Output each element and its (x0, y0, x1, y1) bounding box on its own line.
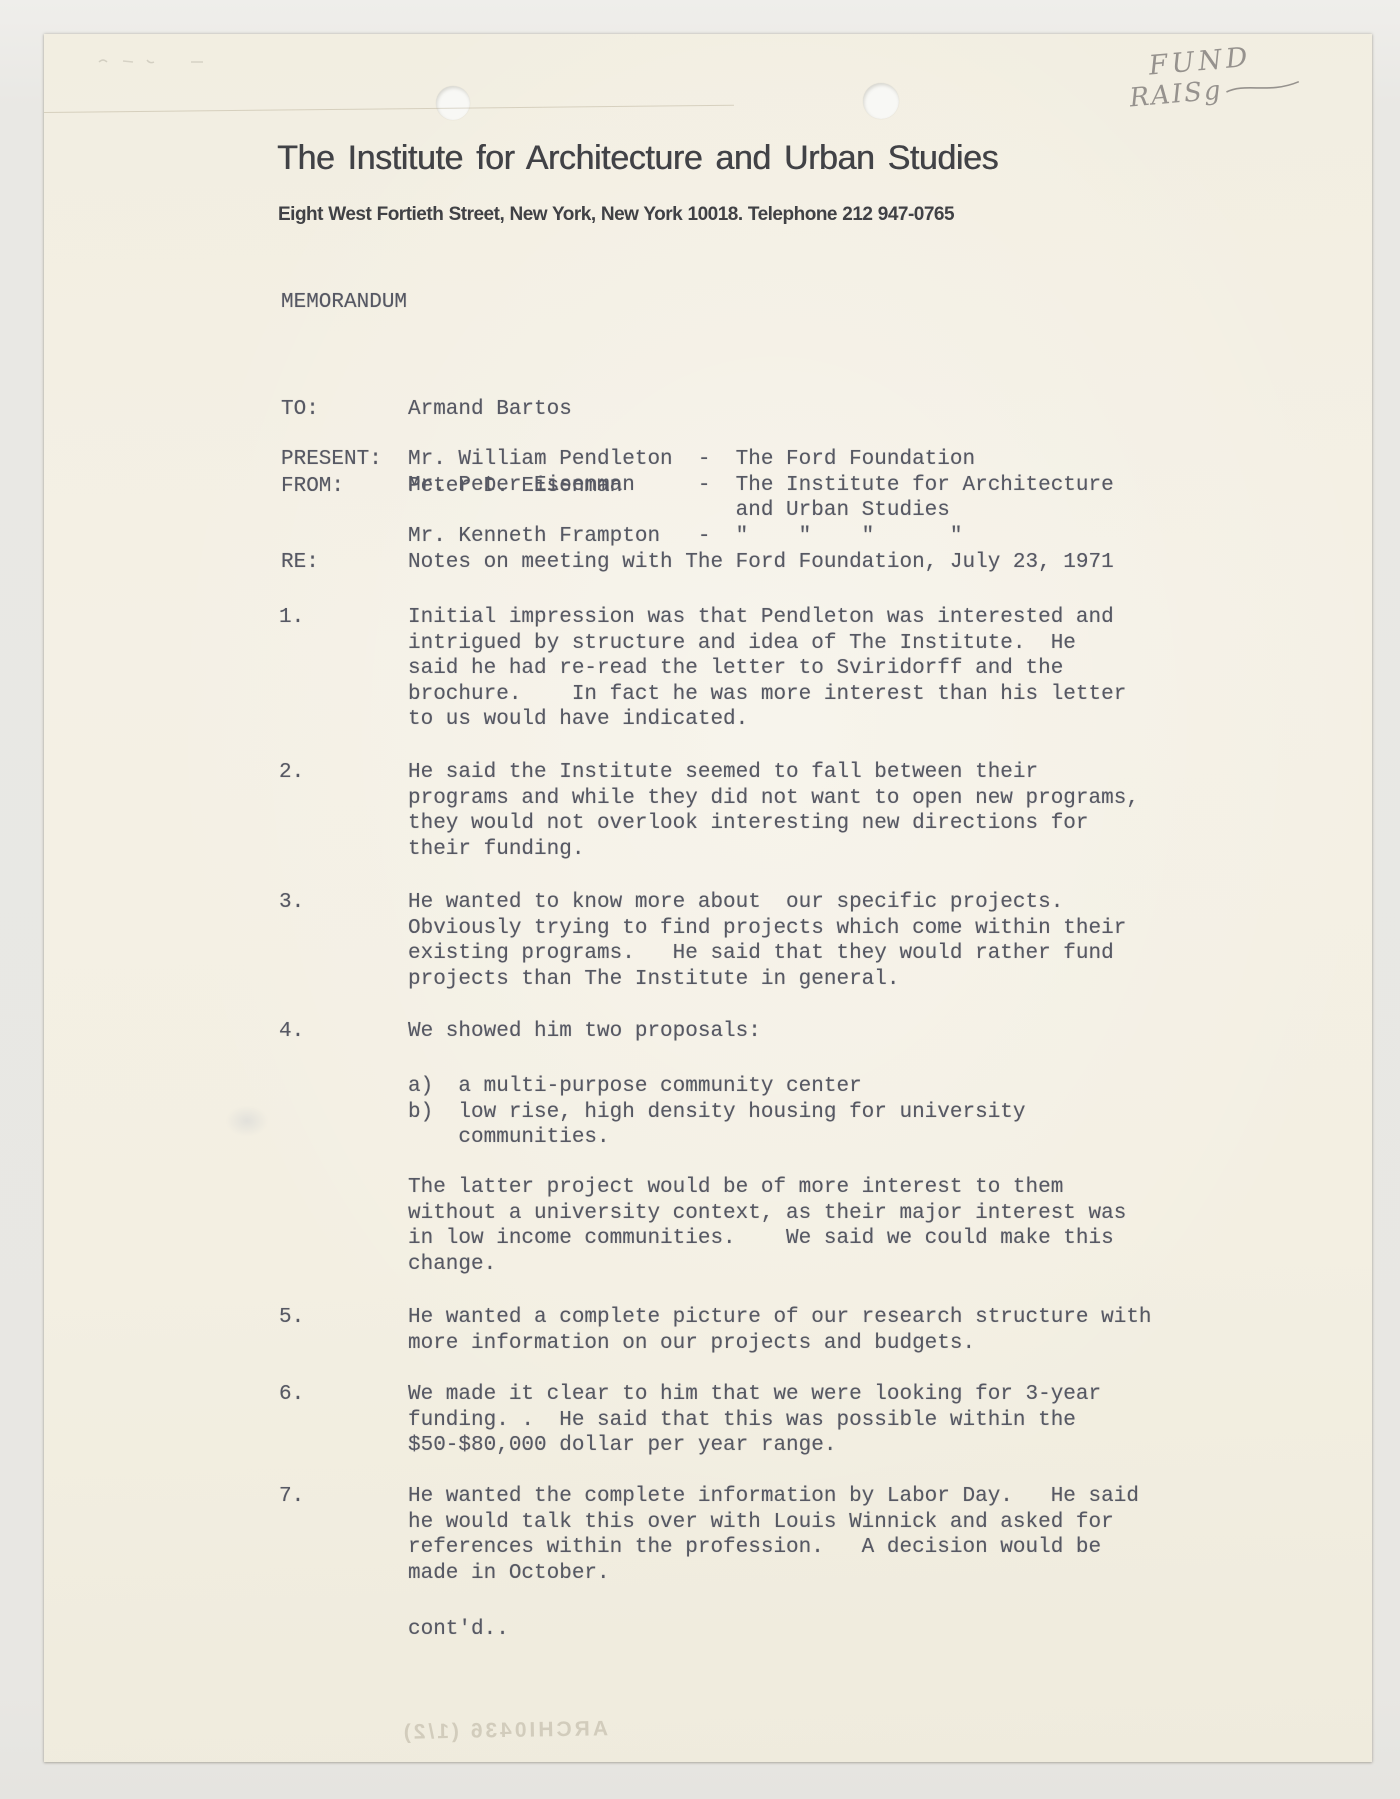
field-label-from: FROM: (281, 474, 408, 500)
field-value-re: Notes on meeting with The Ford Foundatio… (408, 551, 1114, 574)
letterhead-address: Eight West Fortieth Street, New York, Ne… (278, 204, 954, 226)
field-value-to: Armand Bartos (408, 398, 572, 421)
field-label-to: TO: (281, 397, 408, 423)
item-4-proposal-list: a) a multi-purpose community center b) l… (408, 1074, 1026, 1151)
punch-hole-right (863, 83, 899, 119)
item-1-text: Initial impression was that Pendleton wa… (408, 605, 1126, 733)
item-5-number: 5. (279, 1305, 304, 1331)
item-1-number: 1. (279, 605, 304, 631)
item-3-text: He wanted to know more about our specifi… (408, 890, 1126, 992)
present-label: PRESENT: (281, 447, 382, 473)
present-attendee-list: Mr. William Pendleton - The Ford Foundat… (408, 447, 1114, 549)
pencil-scrawl-tail (1224, 75, 1303, 98)
letterhead-title: The Institute for Architecture and Urban… (277, 139, 998, 178)
item-7-number: 7. (279, 1484, 304, 1510)
item-7-text: He wanted the complete information by La… (408, 1484, 1139, 1586)
item-6-number: 6. (279, 1382, 304, 1408)
ink-smudge (225, 1105, 269, 1137)
item-4-text: We showed him two proposals: (408, 1019, 761, 1045)
item-2-text: He said the Institute seemed to fall bet… (408, 760, 1139, 862)
item-4-number: 4. (279, 1019, 304, 1045)
punch-hole-left (436, 86, 470, 120)
scanned-memo-page: FUND RAISg The Institute for Architectur… (0, 0, 1400, 1799)
item-4-continuation: The latter project would be of more inte… (408, 1175, 1126, 1277)
item-5-text: He wanted a complete picture of our rese… (408, 1305, 1152, 1356)
item-3-number: 3. (279, 890, 304, 916)
memo-doc-label: MEMORANDUM (281, 290, 407, 316)
faint-pencil-marks (95, 50, 215, 74)
memo-field-re: RE:Notes on meeting with The Ford Founda… (281, 550, 1114, 576)
item-2-number: 2. (279, 760, 304, 786)
item-6-text: We made it clear to him that we were loo… (408, 1382, 1101, 1459)
continued-note: cont'd.. (408, 1617, 509, 1643)
field-label-re: RE: (281, 550, 408, 576)
memo-field-to: TO:Armand Bartos (281, 397, 1114, 423)
